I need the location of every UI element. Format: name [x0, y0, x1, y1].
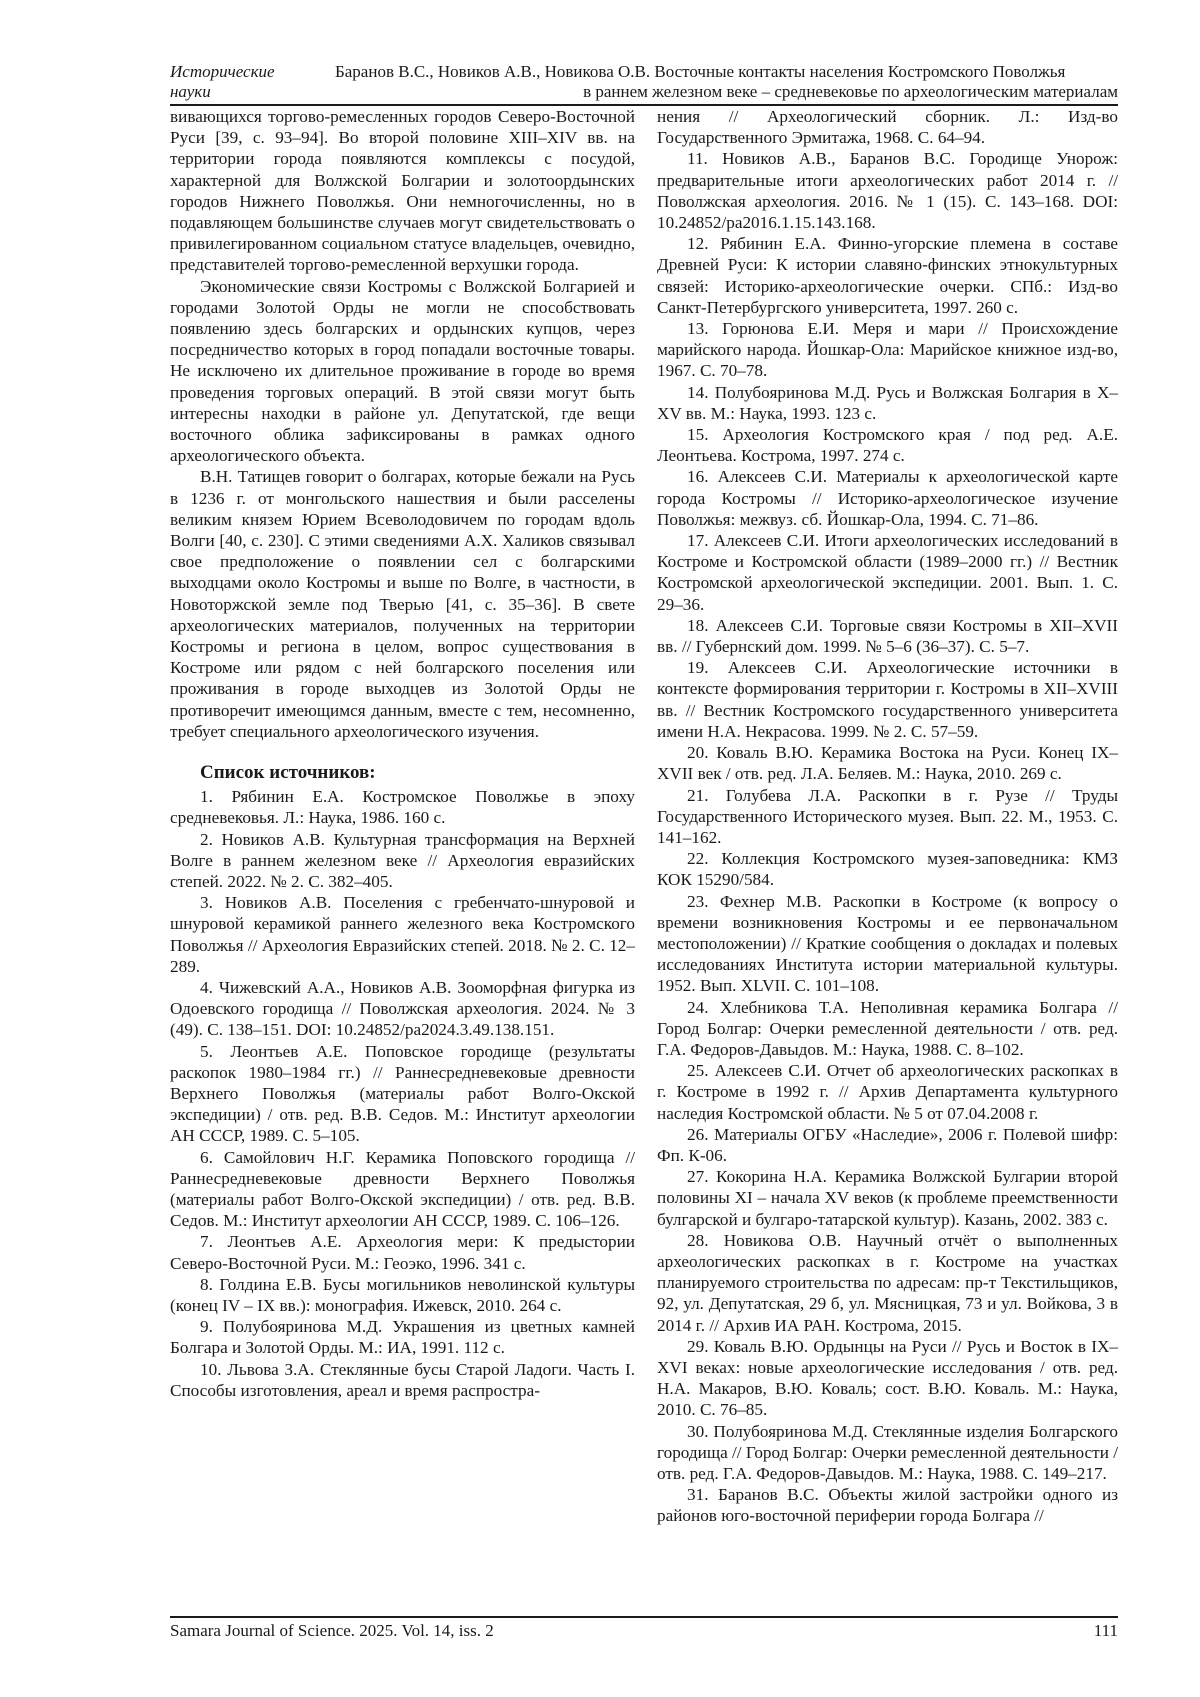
reference-item: 22. Коллекция Костромского музея-заповед… — [657, 848, 1118, 890]
reference-item: 20. Коваль В.Ю. Керамика Востока на Руси… — [657, 742, 1118, 784]
reference-item: 27. Кокорина Н.А. Керамика Волжской Булг… — [657, 1166, 1118, 1230]
reference-item: 5. Леонтьев А.Е. Поповское городище (рез… — [170, 1041, 635, 1147]
section-label: Исторические науки — [170, 62, 310, 102]
reference-item: 6. Самойлович Н.Г. Керамика Поповского г… — [170, 1147, 635, 1232]
reference-item: 8. Голдина Е.В. Бусы могильников неволин… — [170, 1274, 635, 1316]
running-header: Исторические науки Баранов В.С., Новиков… — [170, 60, 1118, 106]
reference-item: 7. Леонтьев А.Е. Археология мери: К пред… — [170, 1231, 635, 1273]
reference-item: 29. Коваль В.Ю. Ордынцы на Руси // Русь … — [657, 1336, 1118, 1421]
reference-item: 3. Новиков А.В. Поселения с гребенчато-ш… — [170, 892, 635, 977]
reference-item: 17. Алексеев С.И. Итоги археологических … — [657, 530, 1118, 615]
reference-item: 15. Археология Костромского края / под р… — [657, 424, 1118, 466]
reference-item: 18. Алексеев С.И. Торговые связи Костром… — [657, 615, 1118, 657]
reference-item: 23. Фехнер М.В. Раскопки в Костроме (к в… — [657, 891, 1118, 997]
reference-item: 9. Полубояринова М.Д. Украшения из цветн… — [170, 1316, 635, 1358]
reference-item: 12. Рябинин Е.А. Финно-угорские племена … — [657, 233, 1118, 318]
reference-continuation: нения // Археологический сборник. Л.: Из… — [657, 106, 1118, 148]
reference-item: 19. Алексеев С.И. Археологические источн… — [657, 657, 1118, 742]
two-column-body: вивающихся торгово-ремесленных городов С… — [170, 106, 1118, 1616]
body-paragraph: В.Н. Татищев говорит о болгарах, которые… — [170, 466, 635, 742]
reference-item: 1. Рябинин Е.А. Костромское Поволжье в э… — [170, 786, 635, 828]
reference-item: 28. Новикова О.В. Научный отчёт о выполн… — [657, 1230, 1118, 1336]
page-number: 111 — [1094, 1620, 1118, 1642]
running-title-line-1: Баранов В.С., Новиков А.В., Новикова О.В… — [335, 62, 1118, 82]
reference-item: 16. Алексеев С.И. Материалы к археологич… — [657, 466, 1118, 530]
running-title-line-2: в раннем железном веке – средневековье п… — [335, 82, 1118, 102]
reference-item: 2. Новиков А.В. Культурная трансформация… — [170, 829, 635, 893]
journal-citation: Samara Journal of Science. 2025. Vol. 14… — [170, 1620, 494, 1642]
reference-item: 26. Материалы ОГБУ «Наследие», 2006 г. П… — [657, 1124, 1118, 1166]
reference-item: 25. Алексеев С.И. Отчет об археологическ… — [657, 1060, 1118, 1124]
reference-item: 21. Голубева Л.А. Раскопки в г. Рузе // … — [657, 785, 1118, 849]
reference-item: 24. Хлебникова Т.А. Неполивная керамика … — [657, 997, 1118, 1061]
reference-item: 30. Полубояринова М.Д. Стеклянные издели… — [657, 1421, 1118, 1485]
right-column: нения // Археологический сборник. Л.: Из… — [657, 106, 1118, 1527]
reference-item: 11. Новиков А.В., Баранов В.С. Городище … — [657, 148, 1118, 233]
reference-item: 10. Львова З.А. Стеклянные бусы Старой Л… — [170, 1359, 635, 1401]
reference-item: 14. Полубояринова М.Д. Русь и Волжская Б… — [657, 382, 1118, 424]
article-running-title: Баранов В.С., Новиков А.В., Новикова О.В… — [335, 62, 1118, 102]
references-heading: Список источников: — [200, 762, 635, 784]
left-column: вивающихся торгово-ремесленных городов С… — [170, 106, 635, 1401]
body-paragraph: Экономические связи Костромы с Волжской … — [170, 276, 635, 467]
reference-item: 4. Чижевский А.А., Новиков А.В. Зооморфн… — [170, 977, 635, 1041]
running-footer: Samara Journal of Science. 2025. Vol. 14… — [170, 1616, 1118, 1619]
body-paragraph: вивающихся торгово-ремесленных городов С… — [170, 106, 635, 276]
journal-page: Исторические науки Баранов В.С., Новиков… — [170, 60, 1118, 106]
reference-item: 13. Горюнова Е.И. Меря и мари // Происхо… — [657, 318, 1118, 382]
reference-item: 31. Баранов В.С. Объекты жилой застройки… — [657, 1484, 1118, 1526]
